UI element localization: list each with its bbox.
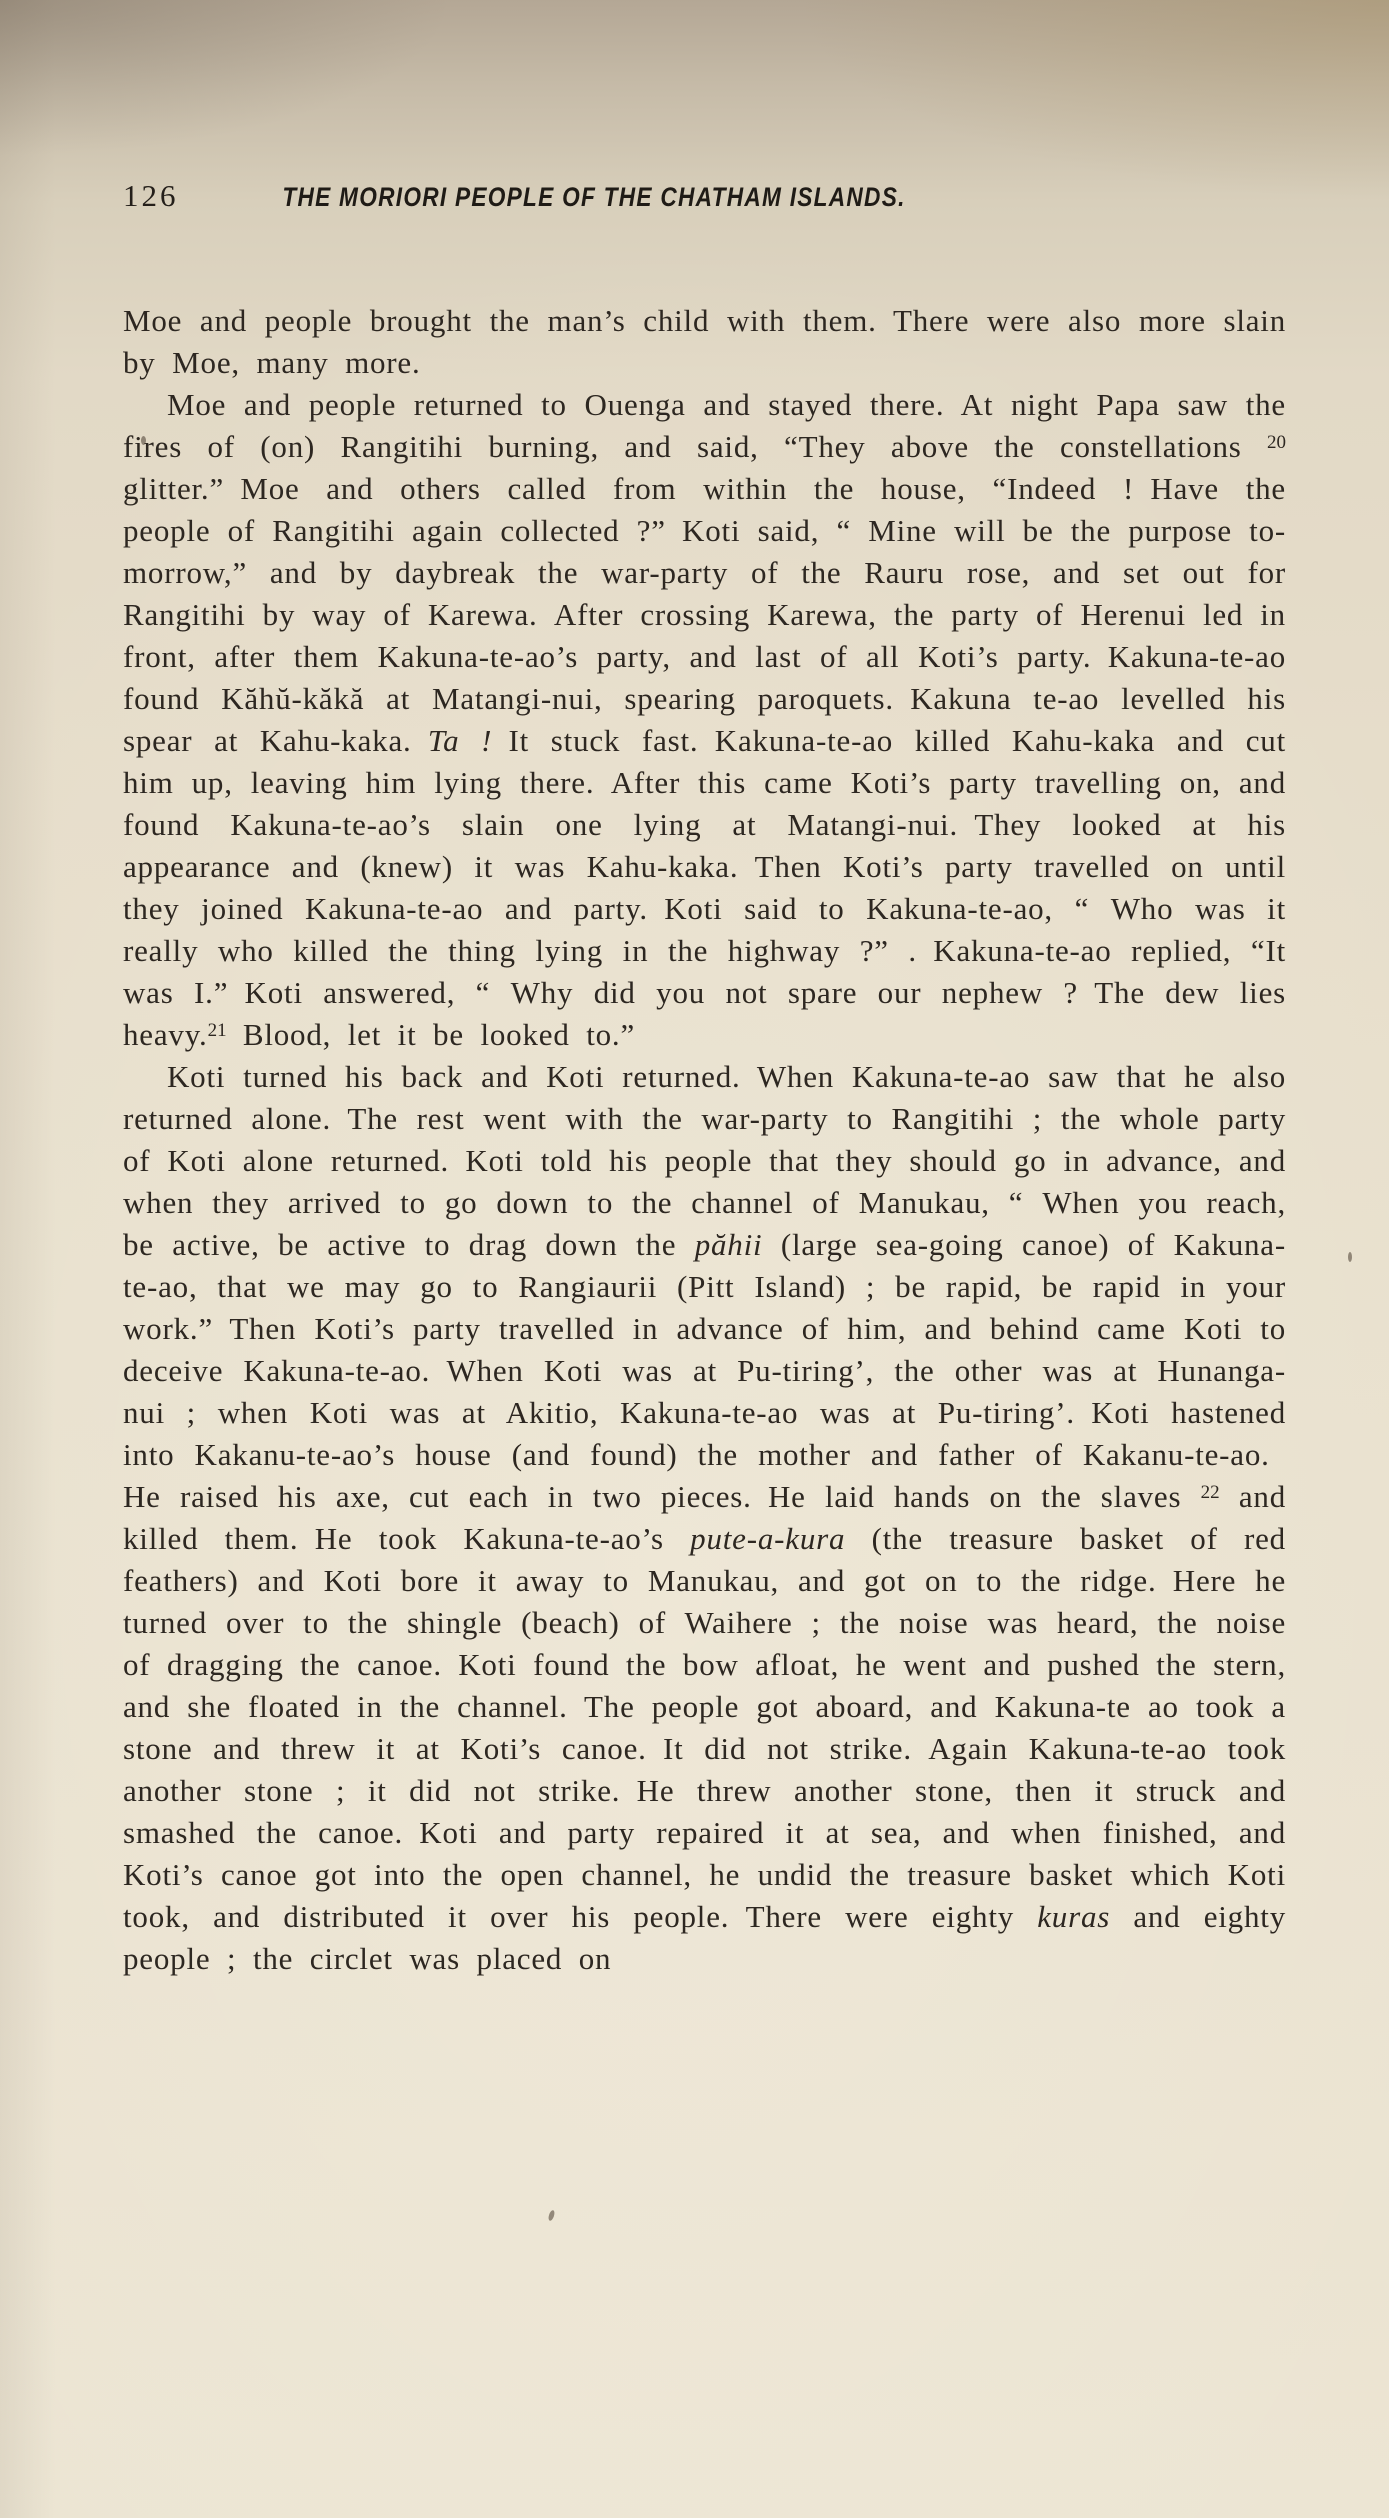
text-run: Moe and people returned to Ouenga and st… — [123, 387, 1286, 464]
text-run: (the treasure basket of red feathers) an… — [123, 1521, 1286, 1934]
footnote-marker: 22 — [1201, 1482, 1220, 1503]
paper-speck — [141, 436, 146, 445]
paper-speck — [1348, 1252, 1352, 1262]
footnote-marker: 21 — [208, 1020, 227, 1041]
paper-speck — [547, 2209, 555, 2221]
italic-term: kuras — [1037, 1899, 1110, 1934]
page-body: Moe and people brought the man’s child w… — [123, 300, 1286, 1980]
page-number: 126 — [123, 178, 179, 214]
paragraph: Moe and people returned to Ouenga and st… — [123, 384, 1286, 1056]
italic-term: pute-a-kura — [690, 1521, 845, 1556]
running-head: 126 THE MORIORI PEOPLE OF THE CHATHAM IS… — [123, 178, 1285, 214]
scanned-book-page: 126 THE MORIORI PEOPLE OF THE CHATHAM IS… — [0, 0, 1389, 2518]
italic-term: Ta ! — [428, 723, 492, 758]
footnote-marker: 20 — [1267, 432, 1286, 453]
text-run: (large sea-going canoe) of Kakuna-te-ao,… — [123, 1227, 1286, 1514]
running-title: THE MORIORI PEOPLE OF THE CHATHAM ISLAND… — [282, 182, 905, 213]
text-run: Moe and people brought the man’s child w… — [123, 303, 1286, 380]
italic-term: păhii — [695, 1227, 763, 1262]
text-run: It stuck fast. Kakuna-te-ao killed Kahu-… — [123, 723, 1286, 1052]
paragraph: Moe and people brought the man’s child w… — [123, 300, 1286, 384]
text-run: Blood, let it be looked to.” — [227, 1017, 635, 1052]
paragraph: Koti turned his back and Koti returned. … — [123, 1056, 1286, 1980]
text-run: glitter.” Moe and others called from wit… — [123, 471, 1286, 758]
